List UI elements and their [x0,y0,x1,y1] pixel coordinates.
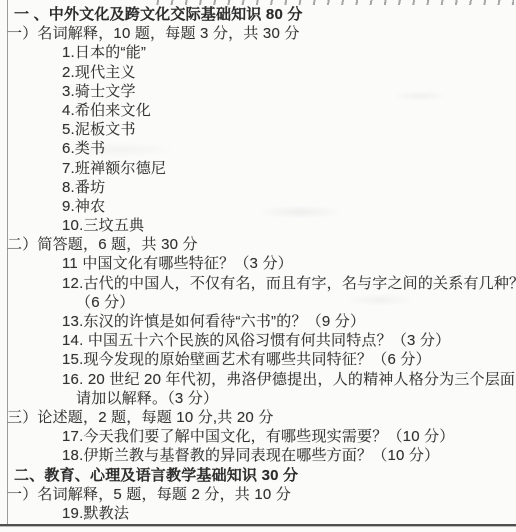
question-14: 14. 中国五十六个民族的风俗习惯有何共同特点？（3 分） [0,331,516,350]
question-16: 16. 20 世纪 20 年代初，弗洛伊德提出，人的精神人格分为三个层面， [0,370,516,389]
question-4: 4.希伯来文化 [0,101,516,120]
subsection-1-1-heading: 一）名词解释，10 题，每题 3 分，共 30 分 [0,24,516,43]
question-11: 11 中国文化有哪些特征？（3 分） [0,254,516,273]
question-16-continuation: 请加以解释。（3 分） [0,389,516,408]
exam-outline: 一 、中外文化及跨文化交际基础知识 80 分一）名词解释，10 题，每题 3 分… [0,5,516,523]
scanned-exam-page: 一 、中外文化及跨文化交际基础知识 80 分一）名词解释，10 题，每题 3 分… [0,0,516,532]
question-7: 7.班禅额尔德尼 [0,159,516,178]
question-5: 5.泥板文书 [0,120,516,139]
subsection-1-2-heading: 二）简答题，6 题，共 30 分 [0,235,516,254]
question-3: 3.骑士文学 [0,82,516,101]
subsection-1-3-heading: 三）论述题，2 题，每题 10 分,共 20 分 [0,408,516,427]
section-2-heading: 二、教育、心理及语言教学基础知识 30 分 [0,466,516,485]
section-1-heading: 一 、中外文化及跨文化交际基础知识 80 分 [0,5,516,24]
question-1: 1.日本的“能” [0,43,516,62]
question-9: 9.神农 [0,197,516,216]
question-2: 2.现代主义 [0,63,516,82]
question-13: 13.东汉的许慎是如何看待“六书”的？（9 分） [0,312,516,331]
subsection-2-1-heading: 一）名词解释，5 题，每题 2 分，共 10 分 [0,485,516,504]
question-12-continuation: （6 分） [0,293,516,312]
question-12: 12.古代的中国人，不仅有名，而且有字，名与字之间的关系有几种？ [0,274,516,293]
question-10: 10.三坟五典 [0,216,516,235]
question-8: 8.番坊 [0,178,516,197]
question-6: 6.类书 [0,139,516,158]
question-18: 18.伊斯兰教与基督教的异同表现在哪些方面？（10 分） [0,446,516,465]
bottom-border-line [0,524,516,527]
question-19: 19.默教法 [0,504,516,523]
question-15: 15.现今发现的原始壁画艺术有哪些共同特征？（6 分） [0,350,516,369]
question-17: 17.今天我们要了解中国文化，有哪些现实需要？（10 分） [0,427,516,446]
